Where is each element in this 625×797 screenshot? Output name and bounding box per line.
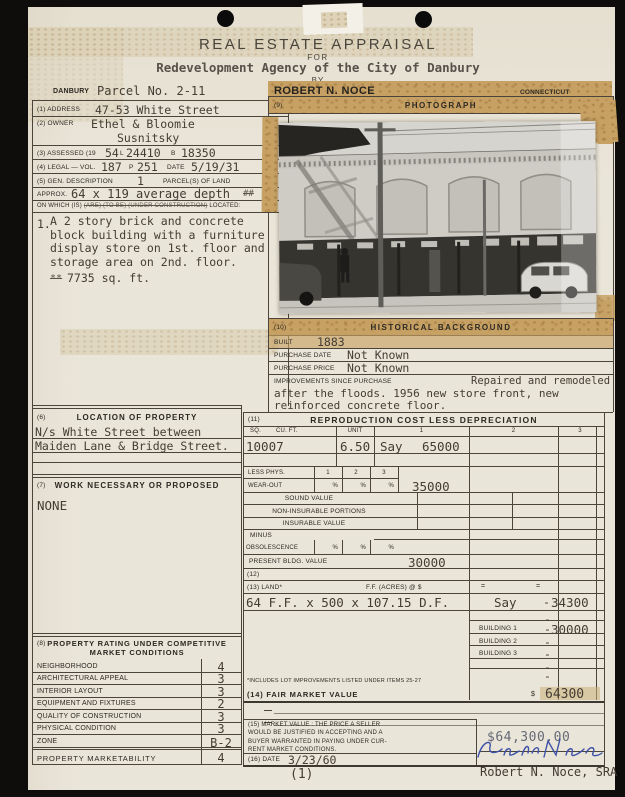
sound-value-label: SOUND VALUE bbox=[244, 495, 374, 502]
rating-row: ZONE B-2 bbox=[33, 734, 241, 748]
rating-title1: PROPERTY RATING UNDER COMPETITIVE bbox=[33, 639, 241, 648]
purchase-price-label: PURCHASE PRICE bbox=[274, 365, 335, 372]
photograph bbox=[279, 121, 597, 314]
eq-row: - bbox=[244, 610, 604, 621]
col-1: 1 bbox=[374, 428, 469, 434]
reproduction-section: (11) REPRODUCTION COST LESS DEPRECIATION… bbox=[243, 412, 605, 767]
built-value: 1883 bbox=[317, 335, 345, 349]
land-ff-label: F.F. (ACRES) @ $ bbox=[366, 584, 422, 591]
date-value: 3/23/60 bbox=[288, 753, 336, 767]
obsolescence-row: OBSOLESCENCE % % % bbox=[244, 540, 604, 555]
city-label: DANBURY bbox=[53, 88, 89, 95]
marketability-label: PROPERTY MARKETABILITY bbox=[37, 754, 156, 763]
reproduction-title: REPRODUCTION COST LESS DEPRECIATION bbox=[244, 415, 604, 425]
non-insurable-label: NON-INSURABLE PORTIONS bbox=[244, 508, 394, 515]
description-item-number: 1. bbox=[37, 217, 51, 231]
assessed-year: 54 bbox=[105, 146, 119, 160]
pct-cell: % bbox=[342, 545, 366, 551]
rating-row: QUALITY OF CONSTRUCTION 3 bbox=[33, 709, 241, 723]
date-label: (16) DATE bbox=[248, 756, 280, 763]
onwhich-a: ON WHICH (IS) bbox=[37, 203, 82, 209]
purchase-date-label: PURCHASE DATE bbox=[274, 352, 331, 359]
less-phys-row: LESS PHYS. 1 2 3 bbox=[244, 466, 604, 479]
eq-row2: - bbox=[244, 659, 604, 669]
pct-cell: % bbox=[314, 483, 338, 489]
photograph-title: PHOTOGRAPH bbox=[269, 101, 613, 110]
land-say: Say bbox=[494, 595, 517, 610]
non-insurable-row: NON-INSURABLE PORTIONS bbox=[244, 504, 604, 518]
sq-value: 10007 bbox=[246, 439, 284, 454]
legal-vol: 187 bbox=[101, 160, 122, 174]
rating-label: EQUIPMENT AND FIXTURES bbox=[37, 700, 136, 707]
agency-name: Redevelopment Agency of the City of Danb… bbox=[118, 60, 518, 75]
marketability-row: PROPERTY MARKETABILITY 4 bbox=[33, 751, 241, 764]
equals-mark: = bbox=[536, 583, 540, 590]
onwhich-b: LOCATED: bbox=[209, 203, 240, 209]
address-row: (1) ADDRESS 47-53 White Street bbox=[33, 101, 288, 117]
assessed-row: (3) ASSESSED (19 54 L 24410 B 18350 bbox=[33, 145, 288, 160]
land-row: (13) LAND* F.F. (ACRES) @ $ = = bbox=[244, 580, 604, 594]
gen-desc-row: (5) GEN. DESCRIPTION 1 PARCEL(S) OF LAND bbox=[33, 173, 288, 188]
historical-title: HISTORICAL BACKGROUND bbox=[269, 323, 613, 332]
building3-row: BUILDING 3 - bbox=[244, 646, 604, 659]
location-line1: N/s White Street between bbox=[35, 425, 201, 439]
gen-desc-label: (5) GEN. DESCRIPTION bbox=[37, 178, 113, 185]
onwhich-struck: (ARE) (TO BE) (UNDER CONSTRUCTION) bbox=[84, 203, 208, 209]
rating-label: NEIGHBORHOOD bbox=[37, 663, 98, 670]
onwhich-text: ON WHICH (IS) (ARE) (TO BE) (UNDER CONST… bbox=[37, 203, 241, 209]
built-label: BUILT bbox=[274, 339, 293, 346]
onwhich-row: ON WHICH (IS) (ARE) (TO BE) (UNDER CONST… bbox=[33, 200, 288, 213]
market-value-text: (15) MARKET VALUE : THE PRICE A SELLER W… bbox=[248, 721, 473, 755]
phys-cell-3: 3 bbox=[370, 470, 398, 476]
dollar-sign: $ bbox=[531, 691, 535, 698]
market-value-line3: BUYER WARRANTED IN PAYING UNDER CUR- bbox=[248, 739, 387, 745]
approx-row: APPROX. 64 x 119 average depth ## bbox=[33, 187, 288, 201]
purchase-date-row: PURCHASE DATE Not Known bbox=[269, 348, 613, 362]
owner-label: (2) OWNER bbox=[37, 120, 73, 127]
reproduction-header: (11) REPRODUCTION COST LESS DEPRECIATION bbox=[244, 413, 604, 427]
improvements-line3: reinforced concrete floor. bbox=[274, 399, 446, 412]
rating-label: ARCHITECTURAL APPEAL bbox=[37, 675, 128, 682]
punch-hole-icon bbox=[217, 10, 234, 27]
page-number: (1) bbox=[290, 767, 313, 782]
location-line2: Maiden Lane & Bridge Street. bbox=[35, 439, 229, 453]
minus-label: MINUS bbox=[250, 532, 272, 539]
minus-row: MINUS bbox=[244, 529, 604, 540]
owner-line2: Susnitsky bbox=[117, 131, 179, 145]
building1-row: BUILDING 1 - 30000 bbox=[244, 621, 604, 634]
property-info-box: (1) ADDRESS 47-53 White Street (2) OWNER… bbox=[32, 100, 289, 406]
photo-door bbox=[429, 250, 440, 292]
blank-row bbox=[244, 453, 604, 467]
approx-value: 64 x 119 average depth bbox=[71, 187, 230, 201]
fair-market-label: (14) FAIR MARKET VALUE bbox=[247, 690, 358, 699]
location-title: LOCATION OF PROPERTY bbox=[33, 413, 241, 422]
fair-market-value: 64300 bbox=[545, 687, 584, 702]
owner-row: (2) OWNER Ethel & Bloomie bbox=[33, 116, 288, 130]
present-bldg-row: PRESENT BLDG. VALUE 30000 bbox=[244, 554, 604, 569]
building2-label: BUILDING 2 bbox=[479, 638, 517, 645]
photo-utility-pole bbox=[378, 122, 384, 307]
phys-cell-2: 2 bbox=[342, 470, 370, 476]
building2-row: BUILDING 2 - bbox=[244, 634, 604, 646]
assessed-b-value: 18350 bbox=[181, 146, 216, 160]
market-value-line2: WOULD BE JUSTIFIED IN ACCEPTING AND A bbox=[248, 730, 383, 736]
market-value-number: (15) bbox=[248, 722, 259, 728]
signature bbox=[472, 733, 604, 767]
photo-second-pole bbox=[483, 180, 487, 296]
photo-arched-window bbox=[377, 179, 427, 234]
wear-out-label: WEAR-OUT bbox=[248, 483, 282, 489]
owner-row2: Susnitsky bbox=[33, 130, 288, 146]
assessed-l-label: L bbox=[120, 150, 124, 157]
dash-mark: - bbox=[543, 595, 550, 609]
say-value: 65000 bbox=[422, 439, 460, 454]
photo-car-left bbox=[279, 263, 321, 306]
photograph-header: (9) PHOTOGRAPH bbox=[269, 97, 613, 114]
photo-clear-tape bbox=[560, 121, 596, 312]
improvements-label: IMPROVEMENTS SINCE PURCHASE bbox=[274, 378, 392, 385]
scanned-appraisal-page: REAL ESTATE APPRAISAL FOR Redevelopment … bbox=[28, 7, 615, 790]
building1-label: BUILDING 1 bbox=[479, 625, 517, 632]
less-phys-label: LESS PHYS. bbox=[248, 470, 285, 476]
rating-label: ZONE bbox=[37, 738, 57, 745]
rating-row: NEIGHBORHOOD 4 bbox=[33, 659, 241, 673]
pct-cell: % bbox=[342, 483, 366, 489]
land-label: (13) LAND* bbox=[247, 584, 282, 591]
punch-hole-icon bbox=[415, 11, 432, 28]
rating-row: INTERIOR LAYOUT 3 bbox=[33, 684, 241, 698]
work-value: NONE bbox=[37, 498, 67, 513]
col-2: 2 bbox=[469, 428, 558, 434]
wear-out-row: WEAR-OUT % % % 35000 bbox=[244, 479, 604, 493]
improvements-row2: after the floods. 1956 new store front, … bbox=[269, 387, 613, 399]
say-label: Say bbox=[380, 439, 403, 454]
address-label: (1) ADDRESS bbox=[37, 106, 80, 113]
parcels-label: PARCEL(S) OF LAND bbox=[163, 178, 231, 185]
parcel-number: Parcel No. 2-11 bbox=[97, 84, 205, 98]
purchase-price-row: PURCHASE PRICE Not Known bbox=[269, 361, 613, 375]
rating-value: B-2 bbox=[201, 736, 241, 750]
address-value: 47-53 White Street bbox=[95, 103, 220, 117]
page-title: REAL ESTATE APPRAISAL bbox=[118, 36, 518, 53]
fair-market-row: (14) FAIR MARKET VALUE $ 64300 bbox=[244, 686, 604, 703]
legal-date-value: 5/19/31 bbox=[191, 160, 239, 174]
approx-label: APPROX. bbox=[37, 191, 67, 198]
equals-mark: = bbox=[481, 583, 485, 590]
land-calc-row: 64 F.F. x 500 x 107.15 D.F. Say - 34300 bbox=[244, 593, 604, 611]
marketability-value: 4 bbox=[201, 751, 241, 765]
left-lower-box: (6) LOCATION OF PROPERTY N/s White Stree… bbox=[32, 405, 242, 765]
market-value-line1: MARKET VALUE : THE PRICE A SELLER bbox=[261, 722, 380, 728]
rating-label: INTERIOR LAYOUT bbox=[37, 688, 103, 695]
building3-label: BUILDING 3 bbox=[479, 650, 517, 657]
legal-label: (4) LEGAL — VOL. bbox=[37, 164, 96, 171]
phys-cell-1: 1 bbox=[314, 470, 342, 476]
rating-label: QUALITY OF CONSTRUCTION bbox=[37, 713, 141, 720]
legal-p-label: P bbox=[129, 164, 134, 171]
assessed-b-label: B bbox=[171, 150, 176, 157]
cost-value-row: 10007 6.50 Say 65000 bbox=[244, 436, 604, 454]
dash-mark: - bbox=[544, 669, 551, 683]
eq-row3: - bbox=[244, 669, 604, 678]
col-sq: SQ. bbox=[250, 428, 261, 434]
col-unit: UNIT bbox=[336, 428, 374, 434]
building-description: A 2 story brick and concrete block build… bbox=[50, 215, 278, 269]
purchase-price-value: Not Known bbox=[347, 361, 409, 375]
signed-name: Robert N. Noce, SRA bbox=[480, 765, 617, 779]
location-line2-row: Maiden Lane & Bridge Street. bbox=[33, 438, 241, 453]
approx-struck: ## bbox=[243, 189, 254, 199]
row-12-label: (12) bbox=[247, 571, 259, 578]
land-value: 34300 bbox=[551, 595, 589, 610]
owner-line1: Ethel & Bloomie bbox=[91, 117, 195, 131]
assessed-label: (3) ASSESSED (19 bbox=[37, 150, 96, 157]
legal-date-label: DATE bbox=[167, 164, 185, 171]
rating-label: PHYSICAL CONDITION bbox=[37, 725, 116, 732]
historical-section: (10) HISTORICAL BACKGROUND BUILT 1883 PU… bbox=[268, 318, 614, 412]
work-title: WORK NECESSARY OR PROPOSED bbox=[33, 481, 241, 490]
photograph-section: (9) PHOTOGRAPH bbox=[268, 96, 614, 320]
legal-p-value: 251 bbox=[137, 160, 158, 174]
insurable-label: INSURABLE VALUE bbox=[244, 520, 384, 527]
purchase-date-value: Not Known bbox=[347, 348, 409, 362]
col-cuft: CU. FT. bbox=[276, 428, 298, 434]
location-line1-row: N/s White Street between bbox=[33, 424, 241, 439]
location-blank-row bbox=[33, 452, 241, 463]
pct-cell: % bbox=[370, 545, 394, 551]
improvements-line1: Repaired and remodeled bbox=[471, 375, 610, 387]
area-prefix: ** bbox=[50, 273, 62, 284]
photo-arched-window bbox=[449, 177, 499, 232]
pct-cell: % bbox=[314, 545, 338, 551]
present-bldg-label: PRESENT BLDG. VALUE bbox=[249, 558, 327, 565]
pct-cell: % bbox=[370, 483, 394, 489]
improvements-row3: reinforced concrete floor. bbox=[269, 399, 613, 413]
gen-desc-value: 1 bbox=[137, 174, 144, 188]
rating-title2: MARKET CONDITIONS bbox=[33, 648, 241, 657]
torn-patch-fleck bbox=[321, 12, 348, 29]
tape-photo-left bbox=[262, 117, 279, 212]
unit-value: 6.50 bbox=[340, 439, 370, 454]
state-label: CONNECTICUT bbox=[520, 89, 570, 96]
area-value: 7735 sq. ft. bbox=[67, 271, 150, 285]
obsolescence-label: OBSOLESCENCE bbox=[246, 545, 298, 551]
land-calc: 64 F.F. x 500 x 107.15 D.F. bbox=[246, 595, 449, 610]
torn-patch bbox=[302, 3, 363, 35]
improvements-row: IMPROVEMENTS SINCE PURCHASE Repaired and… bbox=[269, 374, 613, 387]
built-row: BUILT 1883 bbox=[269, 334, 613, 349]
legal-row: (4) LEGAL — VOL. 187 P 251 DATE 5/19/31 bbox=[33, 159, 288, 174]
footnote: *INCLUDES LOT IMPROVEMENTS LISTED UNDER … bbox=[247, 678, 421, 684]
assessed-l-value: 24410 bbox=[126, 146, 161, 160]
